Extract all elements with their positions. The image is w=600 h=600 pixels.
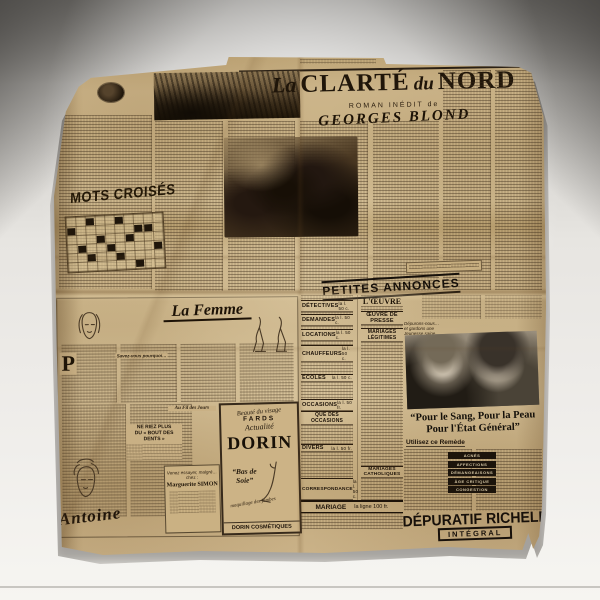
crossword-black-cell (97, 236, 105, 243)
masthead-du: du (414, 73, 435, 94)
classified-header: QUE DES OCCASIONS (301, 411, 353, 425)
classified-header: DÉTECTIVES la l. 50 c. (301, 300, 353, 312)
classified-text (301, 425, 353, 444)
classified-price: la l. 50 c. (336, 330, 352, 340)
classified-header: CHAUFFEURS la l. 50 c. (301, 345, 353, 362)
richelet-tag: ÂGE CRITIQUE (448, 478, 496, 485)
dents-ad-body (126, 444, 182, 460)
classified-header: ÉCOLES la l. 50 c. (301, 374, 353, 382)
richelet-tag: CONGESTION (448, 486, 496, 493)
crossword-black-cell (86, 218, 94, 225)
mariage-footer-row: MARIAGE la ligne 100 fr. (301, 500, 403, 513)
crossword-black-cell (136, 260, 144, 267)
simon-ad: Venez essayer, malgré… chez : Marguerite… (164, 464, 222, 533)
crossword-black-cell (154, 242, 162, 249)
la-femme-title-text: La Femme (163, 300, 251, 322)
photo-backdrop: La CLARTÉ du NORD ROMAN INÉDIT de GEORGE… (0, 0, 600, 600)
crossword-grid (65, 211, 167, 273)
classified-header: DEMANDES la l. 50 c. (301, 314, 353, 326)
classified-header: ŒUVRE DE PRESSE (361, 311, 403, 325)
classified-header: LOCATIONS la l. 50 c. (301, 329, 353, 341)
classified-label: DEMANDES (302, 317, 335, 323)
dorin-brand: DORIN (221, 432, 297, 455)
elderly-couple-photo (405, 331, 540, 410)
mariage-label: MARIAGE (316, 504, 347, 511)
femme-subhead: Savez-vous pourquoi… (116, 353, 168, 358)
masthead-la: La (272, 72, 297, 98)
classified-label: DÉTECTIVES (302, 303, 339, 309)
richelet-upper-text (422, 295, 542, 319)
simon-ad-address (169, 490, 216, 513)
richelet-subhead: Utilisez ce Remède (406, 439, 465, 447)
classified-header: OCCASIONS la l. 50 fr. (301, 399, 353, 411)
classified-price: la l. 50 c. (342, 346, 352, 361)
woman-face-sketch-icon (73, 307, 105, 347)
classified-text (301, 452, 353, 478)
text-column (485, 295, 543, 319)
classified-price: la l. 50 c. (339, 301, 352, 311)
classified-price: la l. 50 c. (332, 375, 352, 380)
classifieds-col-right: L'ŒUVRE ŒUVRE DE PRESSE MARIAGES LÉGITIM… (357, 295, 403, 500)
la-femme-section: La Femme P Save (56, 296, 300, 538)
classified-label: CHAUFFEURS (302, 351, 342, 357)
caption-tiny-text (409, 263, 479, 269)
dorin-ad: Beauté du visage FARDS Actualité DORIN “… (219, 401, 302, 535)
vintage-newspaper: La CLARTÉ du NORD ROMAN INÉDIT de GEORGE… (54, 57, 546, 555)
classified-label: MARIAGES LÉGITIMES (362, 329, 402, 341)
crossword-black-cell (67, 228, 75, 235)
classified-label: CORRESPONDANCE (302, 487, 353, 492)
classified-text (301, 513, 403, 529)
tavern-engraving-illustration (224, 136, 359, 237)
stamp-emblem (98, 83, 124, 102)
richelet-headline: “Pour le Sang, Pour la Peau Pour l'État … (402, 409, 545, 437)
classified-text (361, 478, 403, 500)
text-column (495, 70, 542, 290)
text-column (180, 344, 236, 402)
classified-label: LOCATIONS (302, 332, 336, 338)
text-column (443, 70, 491, 290)
femme-text-columns-upper (61, 343, 293, 403)
classified-header: MARIAGES LÉGITIMES (361, 328, 403, 342)
crossword-black-cell (126, 234, 134, 241)
classified-header: CORRESPONDANCE la l. 50 c. (301, 478, 353, 500)
drop-cap: P (60, 353, 78, 375)
richelet-ad: Dépurons-nous… et gardons une Jeunesse s… (402, 321, 544, 537)
crossword-black-cell (115, 217, 123, 224)
text-column (422, 295, 481, 319)
mariage-price: la ligne 100 fr. (354, 504, 388, 510)
classified-price: la l. 50 fr. (331, 446, 352, 451)
femme-rubric: Au Fil des Jours (168, 406, 216, 411)
richelet-brand2: INTÉGRAL (438, 526, 513, 542)
richelet-tag: AFFECTIONS (448, 461, 496, 468)
crossword-black-cell (117, 253, 125, 260)
text-column (239, 343, 294, 401)
classified-label: ÉCOLES (302, 375, 326, 381)
richelet-tag: ACNÉS (448, 452, 496, 459)
classified-text (301, 362, 353, 373)
classified-header: DIVERS la l. 50 fr. (301, 444, 353, 452)
dents-ad: NE RIEZ PLUS DU « BOUT DES DENTS » (126, 424, 182, 460)
top-edge-tiny-text (300, 59, 376, 64)
antoine-face-sketch-icon (66, 457, 104, 509)
dorin-footer: DORIN COSMÉTIQUES (224, 520, 300, 533)
classified-label: DIVERS (302, 445, 324, 451)
classified-price: la l. 50 fr. (337, 400, 352, 410)
richelet-tags: ACNÉS AFFECTIONS DÉMANGEAISONS ÂGE CRITI… (448, 452, 496, 493)
classifieds-columns: DÉTECTIVES la l. 50 c. DEMANDES la l. 50… (301, 295, 403, 535)
classified-text (361, 342, 403, 466)
classified-label: MARIAGES CATHOLIQUES (362, 467, 402, 477)
crossword-black-cell (78, 246, 86, 253)
dents-ad-line2: DU « BOUT DES DENTS » (126, 430, 182, 442)
classified-text (301, 382, 353, 400)
classifieds-col-left: DÉTECTIVES la l. 50 c. DEMANDES la l. 50… (301, 295, 353, 500)
classified-label: ŒUVRE DE PRESSE (362, 312, 402, 324)
classified-price: la l. 50 c. (335, 315, 352, 325)
richelet-tag: DÉMANGEAISONS (448, 469, 496, 476)
crossword-black-cell (144, 224, 152, 231)
classified-header: MARIAGES CATHOLIQUES (361, 466, 403, 478)
table-edge-line (0, 586, 600, 588)
dorin-product: “Bas de Soie” (224, 466, 264, 485)
crossword-black-cell (107, 244, 115, 251)
classified-section-title: L'ŒUVRE (361, 297, 403, 306)
crossword-black-cell (134, 225, 142, 232)
crossword-black-cell (88, 254, 96, 261)
right-text-columns (443, 70, 542, 290)
masthead-clarte: CLARTÉ (300, 69, 410, 98)
classified-label: QUE DES OCCASIONS (302, 412, 352, 424)
classified-label: OCCASIONS (302, 402, 337, 408)
simon-ad-name: Marguerite SIMON (165, 481, 219, 488)
